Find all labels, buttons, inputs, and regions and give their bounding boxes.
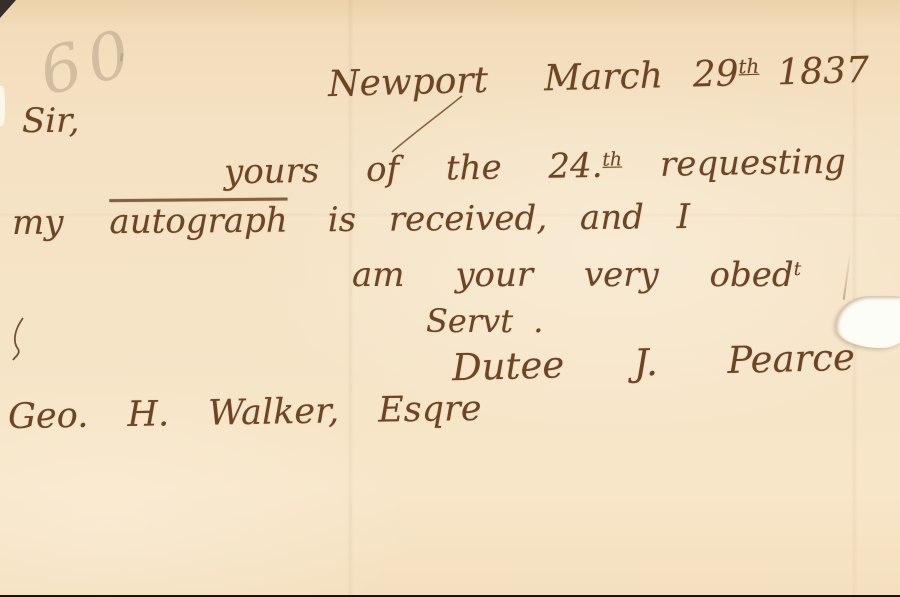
deckled-edge-highlight	[0, 86, 5, 126]
letter-paper: 60 ' NewportMarch29th1837 Sir, yours of …	[0, 0, 900, 595]
body-line-3: am your very obedt	[352, 258, 801, 292]
body-line-2-word-autograph: autograph	[109, 201, 288, 243]
body-line-1: yours of the 24.threquesting	[224, 145, 846, 190]
dateline-day: 29	[692, 53, 739, 95]
dateline-month: March	[543, 55, 663, 99]
salutation: Sir,	[22, 104, 80, 138]
body-line-3-superscript: t	[794, 259, 802, 280]
torn-corner-notch	[0, 0, 16, 18]
pencil-price-mark: 60	[32, 15, 144, 110]
torn-hole	[836, 296, 900, 348]
body-line-2-word-my: my	[12, 203, 64, 243]
tear-crack	[843, 252, 852, 300]
signature: Dutee J. Pearce	[452, 339, 856, 387]
body-line-3-text: am your very obed	[352, 255, 794, 295]
pen-flourish-stroke	[388, 92, 468, 156]
ink-stroke-mark	[8, 316, 30, 362]
body-line-1-superscript: th	[602, 149, 622, 170]
closing-line: Servt .	[426, 305, 543, 337]
body-line-1-continued: requesting	[660, 142, 846, 185]
addressee-line: Geo. H. Walker, Esqre	[8, 392, 482, 435]
letter-scan: 60 ' NewportMarch29th1837 Sir, yours of …	[0, 0, 900, 597]
dateline-year: 1837	[777, 50, 870, 93]
body-line-2: myautographis received, and I	[12, 200, 690, 240]
dateline-day-suffix: th	[738, 55, 759, 79]
body-line-2-continued: is received, and I	[328, 197, 691, 240]
body-line-1-text: yours of the 24.	[224, 146, 603, 193]
